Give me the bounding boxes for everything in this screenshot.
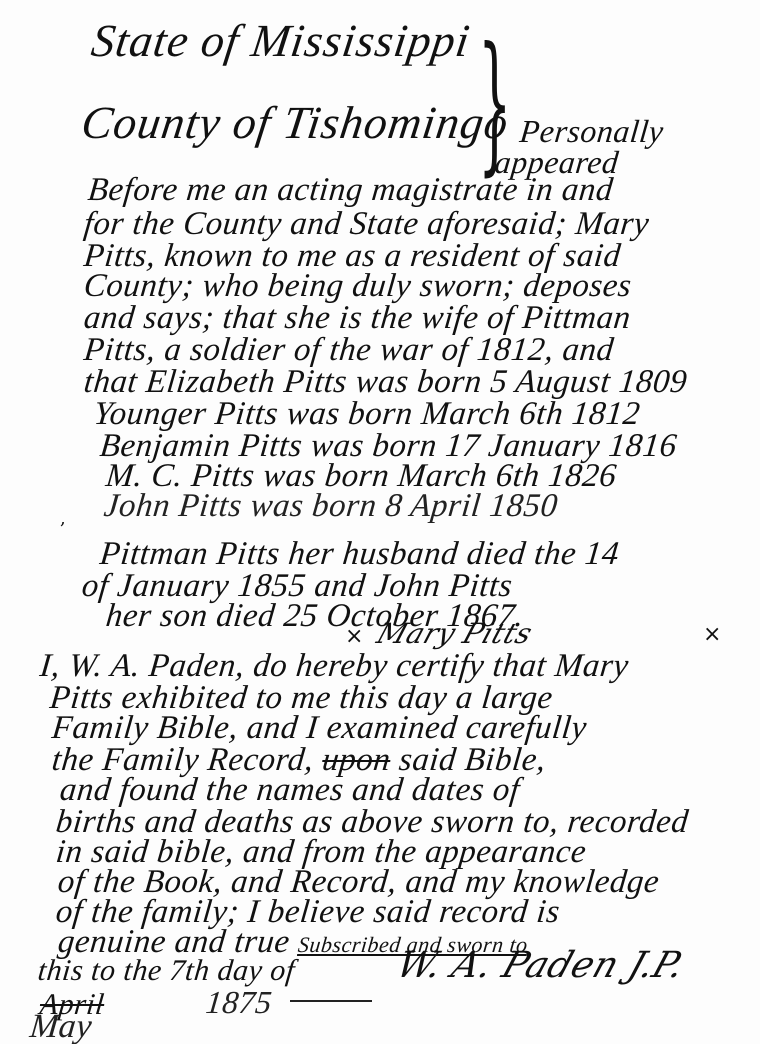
heading-state: State of Mississippi bbox=[89, 18, 473, 64]
corrected-month: May bbox=[28, 1010, 93, 1044]
death-record-line: Pittman Pitts her husband died the 14 bbox=[98, 538, 620, 571]
jurat-line: this to the 7th day of bbox=[36, 956, 296, 986]
heading-county: County of Tishomingo bbox=[79, 100, 512, 146]
affiant-mark-right: × bbox=[703, 622, 721, 647]
affidavit-line: County; who being duly sworn; deposes bbox=[82, 270, 633, 303]
margin-mark: , bbox=[60, 508, 66, 529]
birth-record-line: Younger Pitts was born March 6th 1812 bbox=[92, 398, 641, 431]
affidavit-line: that Elizabeth Pitts was born 5 August 1… bbox=[82, 366, 688, 399]
birth-record-line: John Pitts was born 8 April 1850 bbox=[102, 490, 559, 523]
jurat-year: 1875 bbox=[204, 986, 273, 1018]
heading-personally: Personally bbox=[518, 115, 665, 147]
affidavit-line: for the County and State aforesaid; Mary bbox=[82, 208, 651, 241]
certification-line: Family Bible, and I examined carefully bbox=[50, 712, 588, 745]
document-page: State of Mississippi County of Tishoming… bbox=[0, 0, 760, 1044]
magistrate-signature: W. A. Paden J.P. bbox=[392, 948, 689, 984]
affidavit-line: Before me an acting magistrate in and bbox=[86, 174, 615, 207]
year-underline bbox=[290, 1000, 372, 1002]
affidavit-line: Pitts, a soldier of the war of 1812, and bbox=[82, 334, 615, 367]
affidavit-line: and says; that she is the wife of Pittma… bbox=[82, 302, 632, 335]
affiant-mark-left: × bbox=[345, 624, 363, 649]
affiant-signature: Mary Pitts bbox=[373, 620, 535, 648]
certification-line: I, W. A. Paden, do hereby certify that M… bbox=[38, 650, 630, 683]
certification-line: and found the names and dates of bbox=[58, 774, 521, 807]
